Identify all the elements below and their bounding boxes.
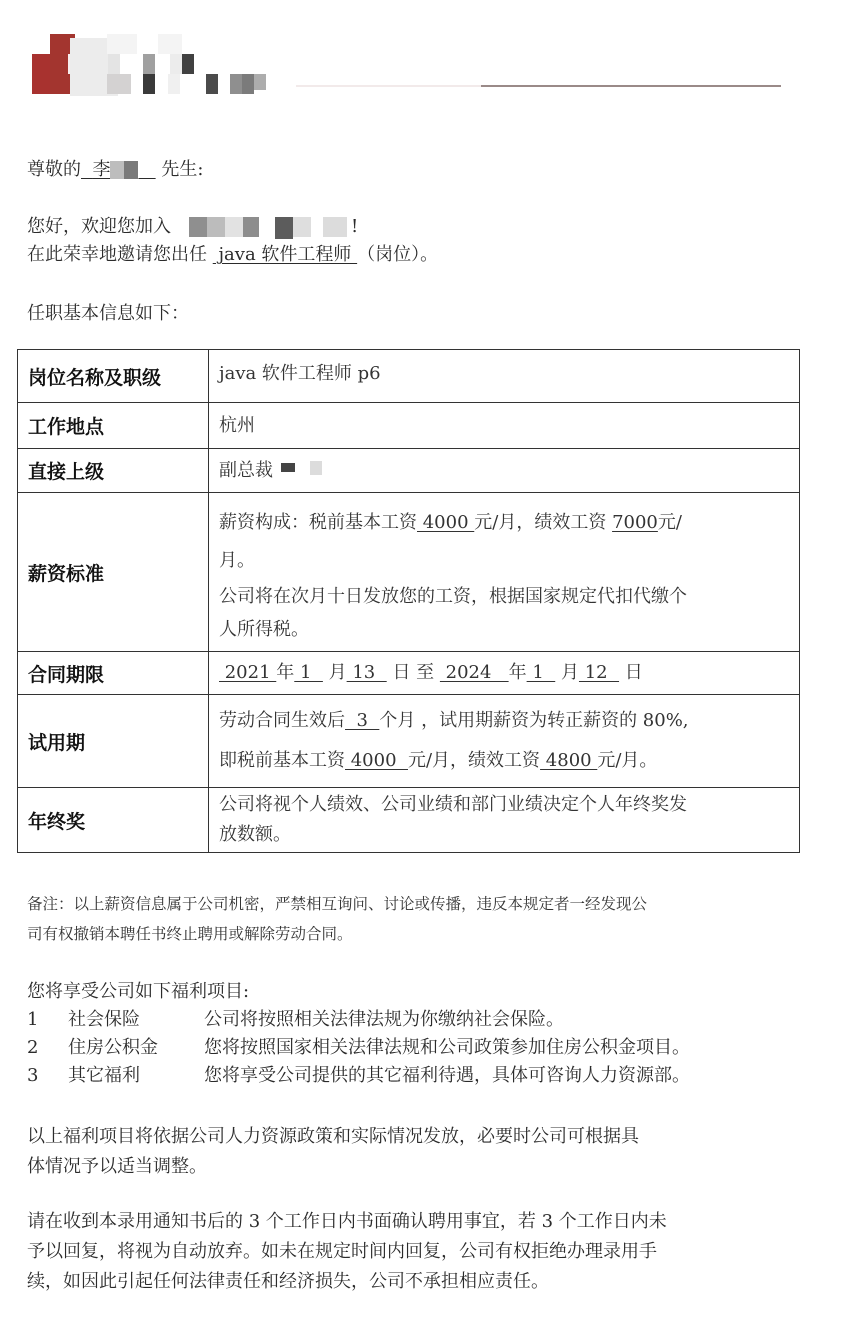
header-logo xyxy=(30,30,380,100)
row-value-contract: 2021 年 1 月 13 日 至 2024 年 1 月 12 日 xyxy=(209,652,800,695)
benefits-title: 您将享受公司如下福利项目: xyxy=(27,980,249,1004)
contract-start-day: 13 xyxy=(347,662,387,683)
contract-end-day: 12 xyxy=(579,662,619,683)
benefit-item: 2 住房公积金 您将按照国家相关法律法规和公司政策参加住房公积金项目。 xyxy=(27,1036,807,1060)
table-row: 岗位名称及职级 java 软件工程师 p6 xyxy=(18,350,800,403)
greeting-line: 尊敬的 李 先生: xyxy=(27,158,203,182)
confidentiality-remark: 备注：以上薪资信息属于公司机密，严禁相互询问、讨论或传播，违反本规定者一经发现公… xyxy=(27,889,647,949)
contract-start-month: 1 xyxy=(294,662,323,683)
table-row: 年终奖 公司将视个人绩效、公司业绩和部门业绩决定个人年终奖发 放数额。 xyxy=(18,788,800,853)
position-title: java 软件工程师 xyxy=(213,244,357,265)
redacted-company xyxy=(171,217,351,237)
section-intro: 任职基本信息如下： xyxy=(27,302,189,326)
row-value-location: 杭州 xyxy=(209,403,800,449)
header-divider xyxy=(481,85,781,87)
greeting-suffix: 先生: xyxy=(161,159,203,180)
header-divider-light xyxy=(296,85,482,87)
welcome-line: 您好，欢迎您加入 ! xyxy=(27,215,358,239)
contract-end-year: 2024 xyxy=(440,662,509,683)
row-label-probation: 试用期 xyxy=(18,695,209,788)
row-value-bonus: 公司将视个人绩效、公司业绩和部门业绩决定个人年终奖发 放数额。 xyxy=(209,788,800,853)
row-value-probation: 劳动合同生效后 3 个月 ，试用期薪资为转正薪资的 80%, 即税前基本工资 4… xyxy=(209,695,800,788)
row-label-supervisor: 直接上级 xyxy=(18,449,209,493)
row-label-position: 岗位名称及职级 xyxy=(18,350,209,403)
row-label-location: 工作地点 xyxy=(18,403,209,449)
probation-months: 3 xyxy=(345,710,379,731)
contract-end-month: 1 xyxy=(527,662,556,683)
benefit-item: 1 社会保险 公司将按照相关法律法规为你缴纳社会保险。 xyxy=(27,1008,807,1032)
table-row: 薪资标准 薪资构成：税前基本工资 4000 元/月，绩效工资 7000元/ 月。… xyxy=(18,493,800,652)
redacted-supervisor-name xyxy=(281,463,295,472)
benefit-item: 3 其它福利 您将享受公司提供的其它福利待遇，具体可咨询人力资源部。 xyxy=(27,1064,807,1088)
performance-salary: 7000 xyxy=(612,512,658,533)
table-row: 试用期 劳动合同生效后 3 个月 ，试用期薪资为转正薪资的 80%, 即税前基本… xyxy=(18,695,800,788)
row-value-salary: 薪资构成：税前基本工资 4000 元/月，绩效工资 7000元/ 月。 公司将在… xyxy=(209,493,800,652)
greeting-prefix: 尊敬的 xyxy=(27,159,81,180)
benefits-adjustment-note: 以上福利项目将依据公司人力资源政策和实际情况发放，必要时公司可根据具 体情况予以… xyxy=(27,1122,639,1182)
table-row: 合同期限 2021 年 1 月 13 日 至 2024 年 1 月 12 日 xyxy=(18,652,800,695)
employment-info-table: 岗位名称及职级 java 软件工程师 p6 工作地点 杭州 直接上级 副总裁 薪… xyxy=(17,349,800,853)
base-salary: 4000 xyxy=(417,512,474,533)
redacted-name xyxy=(110,161,124,179)
invite-line: 在此荣幸地邀请您出任 java 软件工程师 （岗位）。 xyxy=(27,243,438,267)
row-label-contract: 合同期限 xyxy=(18,652,209,695)
confirmation-instructions: 请在收到本录用通知书后的 3 个工作日内书面确认聘用事宜，若 3 个工作日内未 … xyxy=(27,1207,667,1297)
table-row: 直接上级 副总裁 xyxy=(18,449,800,493)
row-label-bonus: 年终奖 xyxy=(18,788,209,853)
recipient-name: 李 xyxy=(81,159,156,180)
row-value-supervisor: 副总裁 xyxy=(209,449,800,493)
table-row: 工作地点 杭州 xyxy=(18,403,800,449)
row-label-salary: 薪资标准 xyxy=(18,493,209,652)
row-value-position: java 软件工程师 p6 xyxy=(209,350,800,403)
contract-start-year: 2021 xyxy=(219,662,276,683)
probation-performance-salary: 4800 xyxy=(540,750,597,771)
probation-base-salary: 4000 xyxy=(345,750,408,771)
